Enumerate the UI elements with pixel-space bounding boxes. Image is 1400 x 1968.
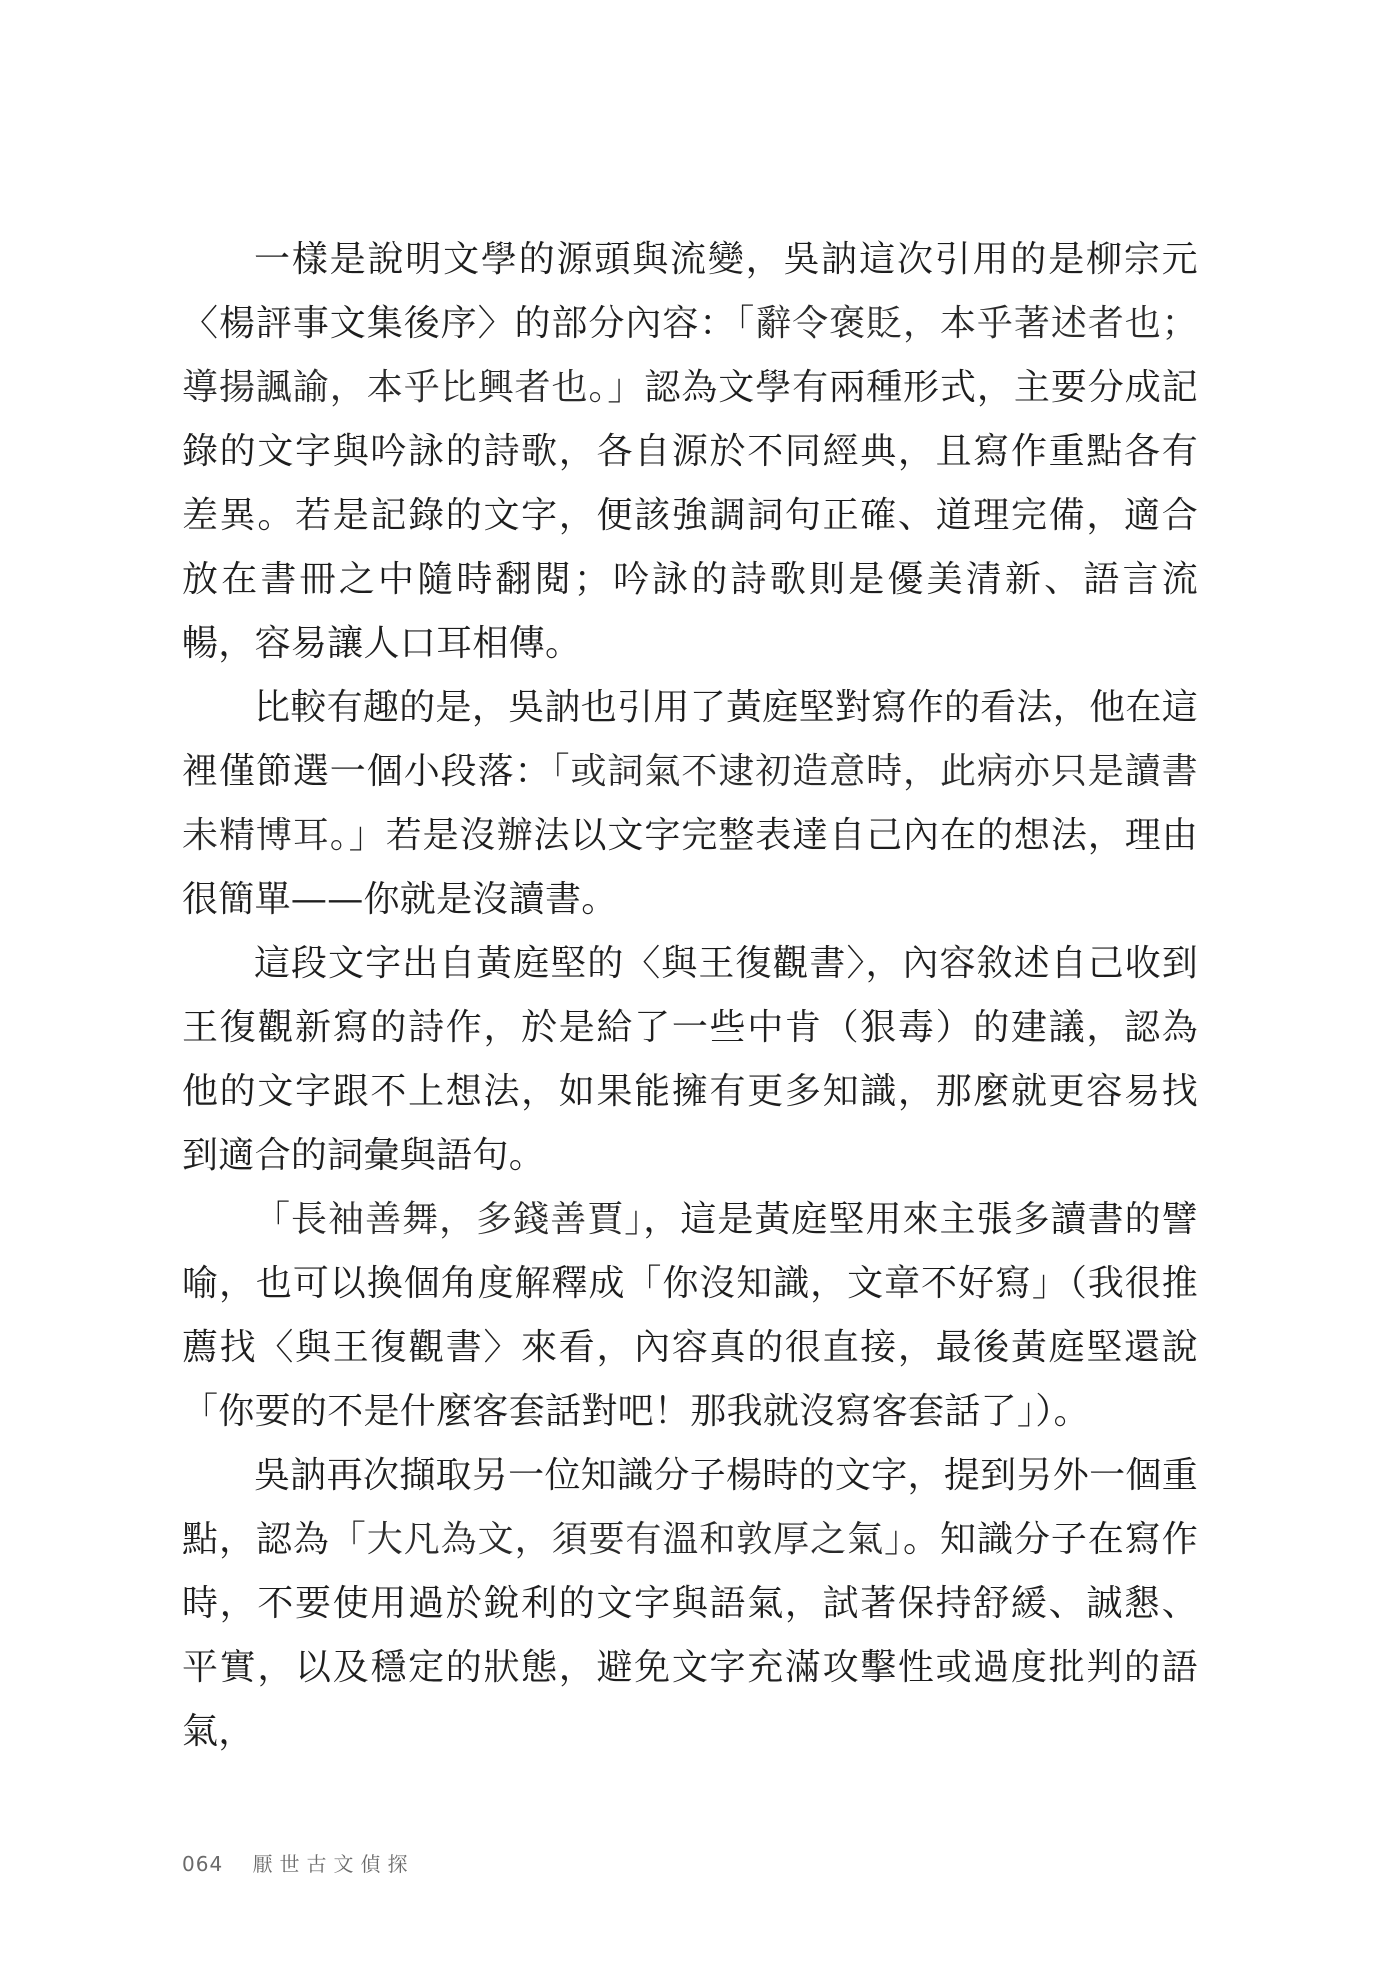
paragraph-2: 比較有趣的是，吳訥也引用了黃庭堅對寫作的看法，他在這裡僅節選一個小段落：「或詞氣…	[182, 676, 1198, 932]
paragraph-text: 」認為文學有兩種形式，主要分成記錄的文字與吟詠的詩歌，各自源於不同經典，且寫作重…	[182, 367, 1198, 664]
quoted-passage: 長袖善舞，多錢善賈	[291, 1199, 624, 1240]
paragraph-1: 一樣是說明文學的源頭與流變，吳訥這次引用的是柳宗元〈楊評事文集後序〉的部分內容：…	[182, 228, 1198, 676]
paragraph-5: 吳訥再次擷取另一位知識分子楊時的文字，提到另外一個重點，認為「大凡為文，須要有溫…	[182, 1444, 1198, 1764]
book-title: 厭世古文偵探	[253, 1852, 415, 1876]
paragraph-3: 這段文字出自黃庭堅的〈與王復觀書〉，內容敘述自己收到王復觀新寫的詩作，於是給了一…	[182, 932, 1198, 1188]
book-page: 一樣是說明文學的源頭與流變，吳訥這次引用的是柳宗元〈楊評事文集後序〉的部分內容：…	[0, 0, 1400, 1968]
body-text: 一樣是說明文學的源頭與流變，吳訥這次引用的是柳宗元〈楊評事文集後序〉的部分內容：…	[182, 228, 1198, 1764]
paragraph-text: 這段文字出自黃庭堅的〈與王復觀書〉，內容敘述自己收到王復觀新寫的詩作，於是給了一…	[182, 943, 1198, 1176]
quoted-passage: 大凡為文，須要有溫和敦厚之氣	[367, 1519, 884, 1560]
page-footer: 064 厭世古文偵探	[182, 1848, 415, 1877]
page-number: 064	[182, 1852, 223, 1876]
paragraph-text: 「	[254, 1199, 291, 1240]
paragraph-4: 「長袖善舞，多錢善賈」，這是黃庭堅用來主張多讀書的譬喻，也可以換個角度解釋成「你…	[182, 1188, 1198, 1444]
